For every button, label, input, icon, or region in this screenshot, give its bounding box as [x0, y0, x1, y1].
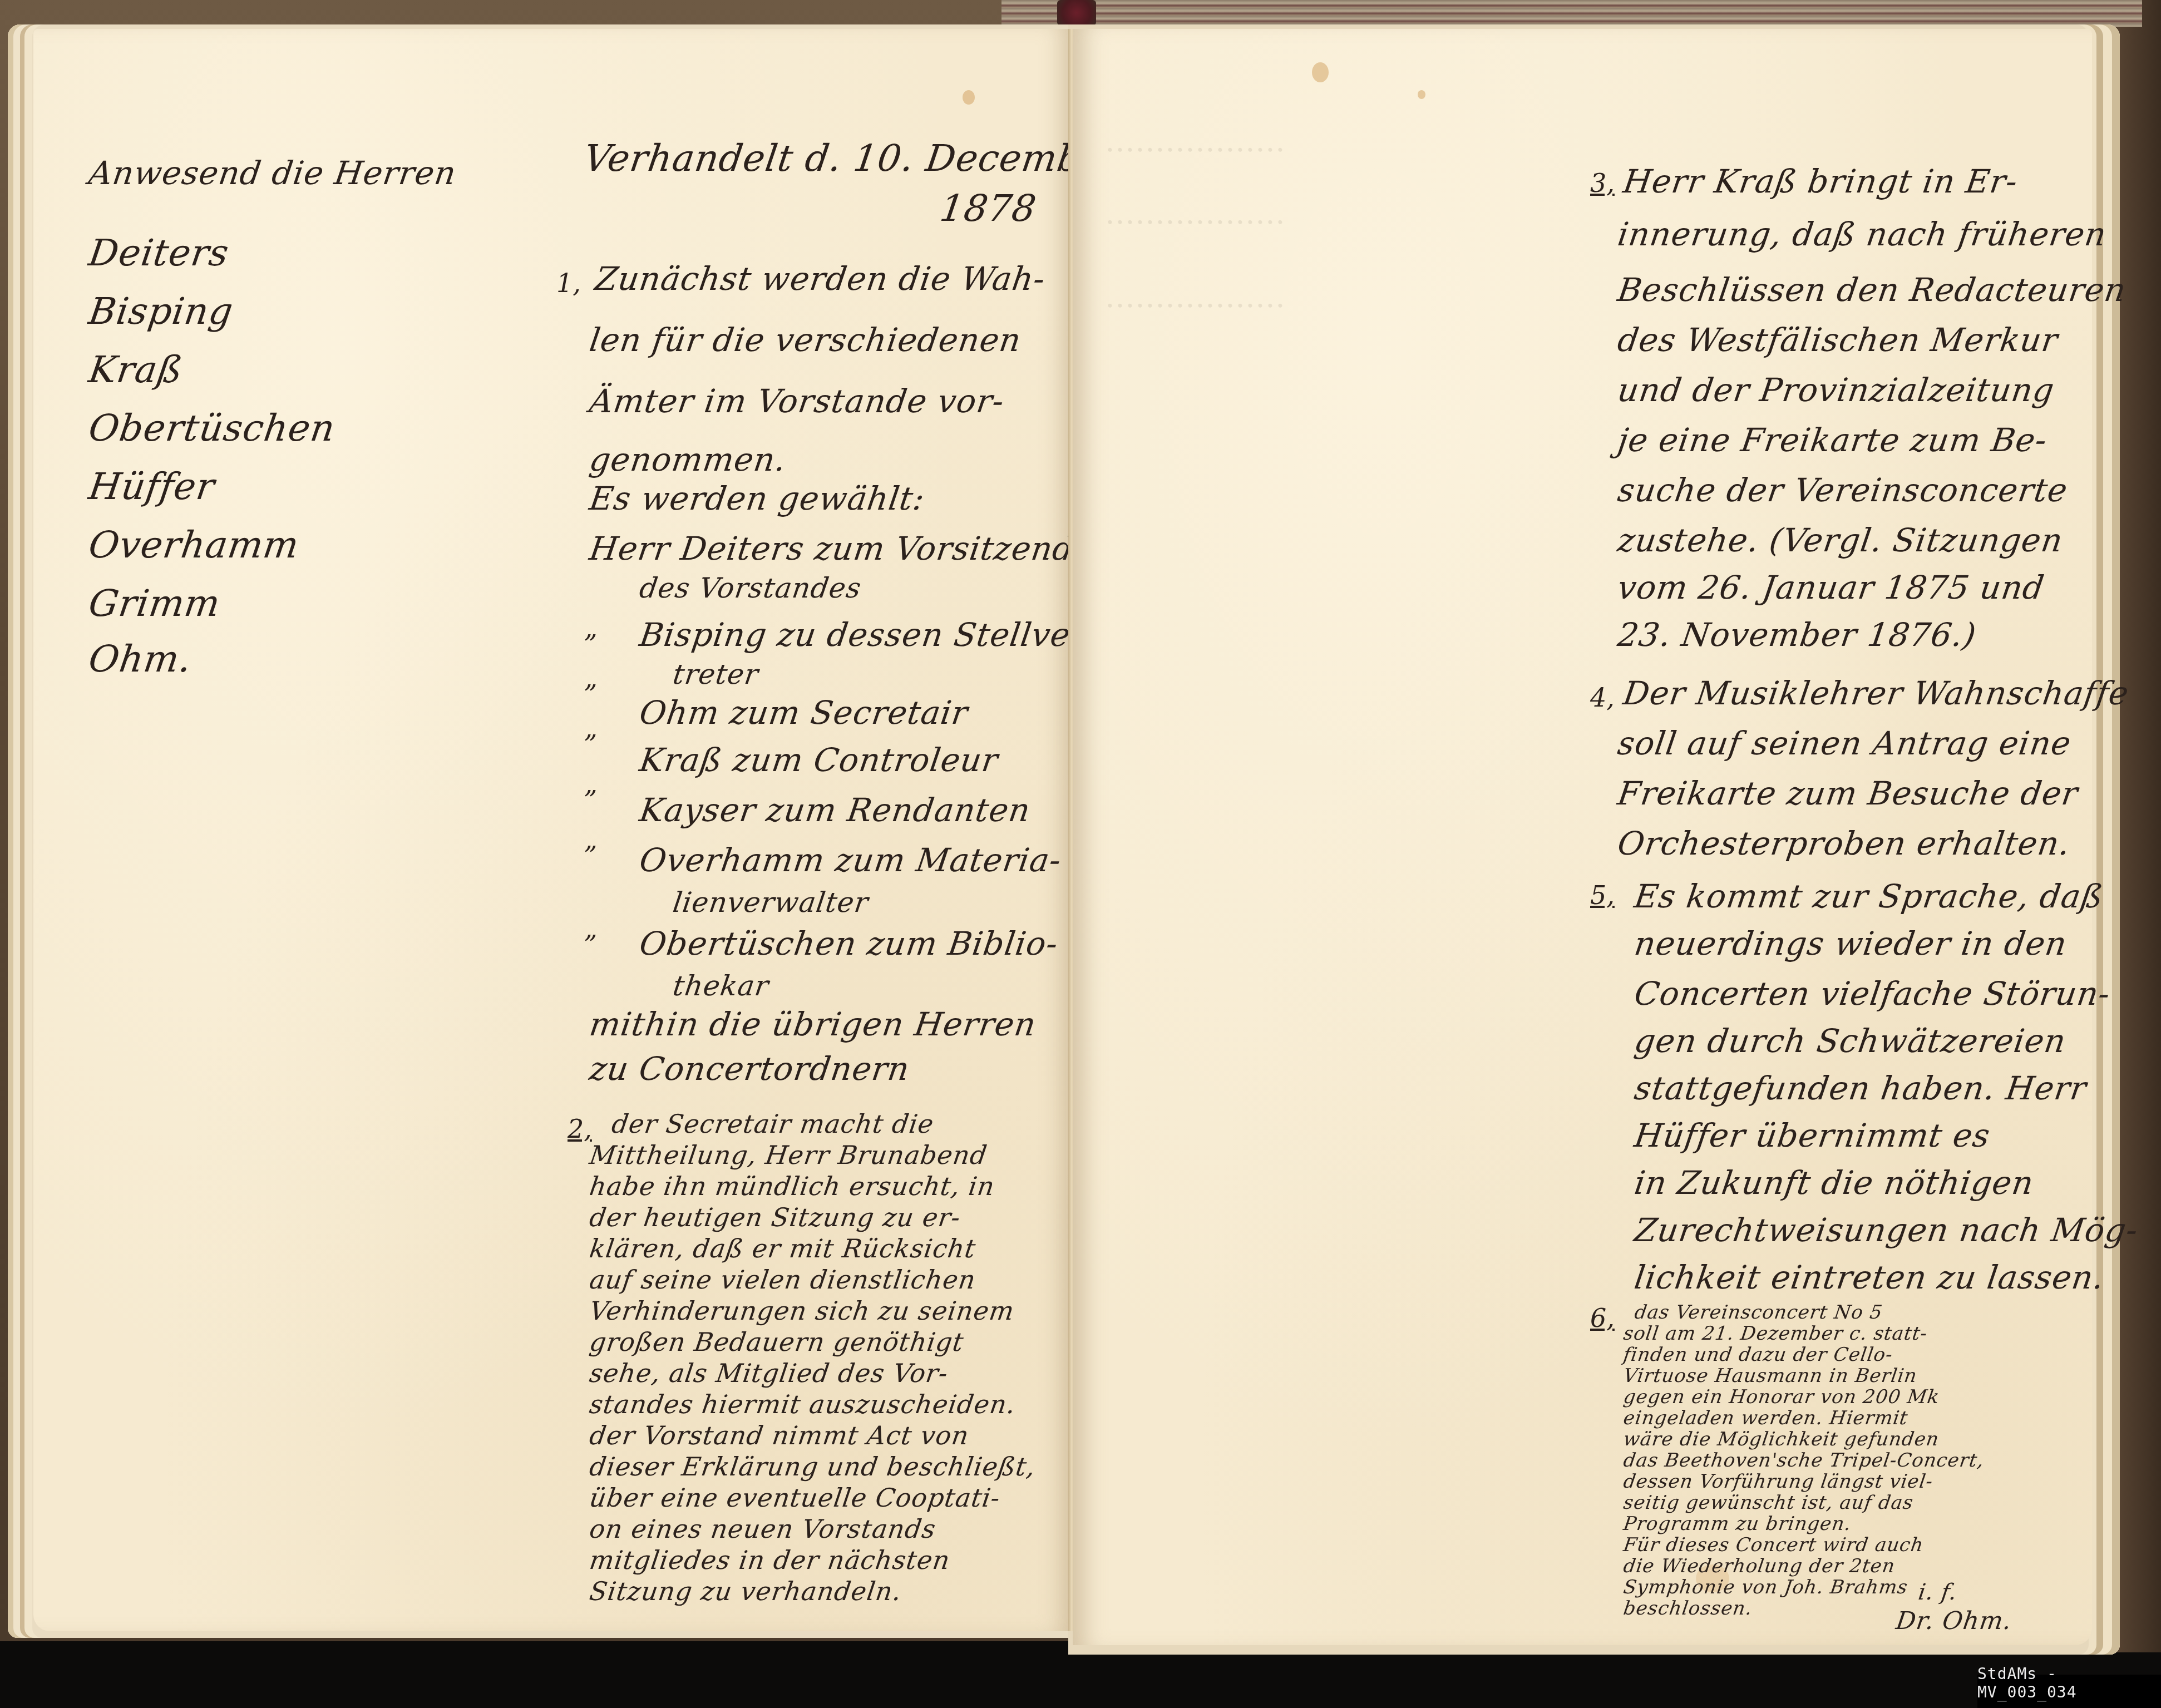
minutes-line: Hüffer übernimmt es — [1632, 1119, 1992, 1152]
minutes-line: habe ihn mündlich ersucht, in — [588, 1173, 996, 1199]
archive-caption: StdAMs - MV_003_034 — [1977, 1665, 2153, 1701]
minutes-line: Zurechtweisungen nach Mög- — [1632, 1214, 2140, 1246]
attendee-name: Bisping — [86, 293, 235, 330]
minutes-line: eingeladen werden. Hiermit — [1622, 1409, 1910, 1428]
minutes-line: Verhinderungen sich zu seinem — [588, 1298, 1016, 1324]
minutes-line: Programm zu bringen. — [1622, 1514, 1853, 1533]
attendee-name: Grimm — [86, 585, 223, 622]
minutes-line: standes hiermit auszuscheiden. — [588, 1391, 1018, 1417]
minutes-line: suche der Vereinsconcerte — [1616, 474, 2070, 506]
left-page: Anwesend die Herren Deiters Bisping Kraß… — [33, 29, 1074, 1631]
minutes-line: der Vorstand nimmt Act von — [588, 1423, 971, 1448]
minutes-line: des Vorstandes — [638, 574, 863, 602]
minutes-line: neuerdings wieder in den — [1632, 927, 2069, 960]
election-entry: Bisping zu dessen Stellver- — [638, 619, 1100, 651]
bleed-through-text: ……………… — [1104, 196, 1289, 231]
minutes-line: wäre die Möglichkeit gefunden — [1622, 1430, 1941, 1449]
minutes-line: das Beethoven'sche Tripel-Concert, — [1622, 1451, 1986, 1470]
minutes-line: len für die verschiedenen — [588, 324, 1023, 356]
item-number: 4, — [1590, 683, 1615, 713]
signature: Dr. Ohm. — [1894, 1609, 2014, 1633]
minutes-line: soll auf seinen Antrag eine — [1616, 727, 2073, 759]
minutes-line: zustehe. (Vergl. Sitzungen — [1616, 524, 2065, 556]
foxing-stain — [1312, 62, 1329, 82]
item-number: 2, — [568, 1114, 592, 1144]
minutes-line: Es werden gewählt: — [588, 482, 927, 515]
minutes-line: Der Musiklehrer Wahnschaffe — [1621, 677, 2131, 709]
spine-headband-knot — [1057, 0, 1096, 26]
minutes-line: gegen ein Honorar von 200 Mk — [1622, 1388, 1941, 1406]
minutes-line: der Secretair macht die — [610, 1111, 936, 1137]
minutes-line: des Westfälischen Merkur — [1616, 324, 2060, 356]
ditto-mark: „ — [584, 713, 598, 743]
minutes-line: dieser Erklärung und beschließt, — [588, 1454, 1038, 1479]
minutes-year: 1878 — [938, 190, 1038, 227]
signature-closing: i. f. — [1917, 1581, 1958, 1603]
minutes-line: Es kommt zur Sprache, daß — [1632, 880, 2105, 912]
item-number: 3, — [1590, 168, 1615, 198]
election-entry-cont: thekar — [671, 972, 771, 1000]
minutes-line: vom 26. Januar 1875 und — [1616, 571, 2046, 604]
minutes-line: Symphonie von Joh. Brahms — [1622, 1578, 1909, 1597]
minutes-line: das Vereinsconcert No 5 — [1634, 1303, 1884, 1322]
attendee-name: Hüffer — [86, 468, 217, 505]
election-entry-cont: lienverwalter — [671, 888, 870, 916]
minutes-line: Ämter im Vorstande vor- — [588, 385, 1007, 417]
election-entry-cont: treter — [671, 660, 760, 688]
minutes-line: mitgliedes in der nächsten — [588, 1547, 952, 1573]
minutes-line: Für dieses Concert wird auch — [1622, 1536, 1925, 1554]
foxing-stain — [963, 90, 975, 105]
minutes-line: stattgefunden haben. Herr — [1632, 1072, 2089, 1104]
minutes-line: innerung, daß nach früheren — [1616, 218, 2109, 250]
attendee-name: Ohm. — [86, 641, 194, 678]
minutes-line: in Zukunft die nöthigen — [1632, 1167, 2036, 1199]
ditto-mark: „ — [584, 663, 598, 693]
attendee-name: Deiters — [86, 235, 231, 271]
archive-caption-box: StdAMs - MV_003_034 — [1977, 1675, 2161, 1708]
minutes-line: lichkeit eintreten zu lassen. — [1632, 1261, 2106, 1294]
minutes-line: und der Provinzialzeitung — [1616, 374, 2056, 406]
minutes-line: mithin die übrigen Herren — [588, 1008, 1038, 1040]
ditto-mark: „ — [584, 825, 598, 855]
attendee-name: Overhamm — [86, 527, 301, 564]
minutes-line: Beschlüssen den Redacteuren — [1616, 274, 2128, 306]
item-number: 6, — [1590, 1303, 1615, 1333]
minutes-line: genommen. — [588, 443, 788, 476]
minutes-line: Herr Deiters zum Vorsitzenden — [588, 532, 1117, 565]
minutes-line: über eine eventuelle Cooptati- — [588, 1485, 1002, 1510]
minutes-line: dessen Vorführung längst viel- — [1622, 1472, 1935, 1491]
election-entry: Kraß zum Controleur — [638, 744, 1000, 776]
item-number: 1, — [556, 268, 581, 298]
minutes-line: gen durch Schwätzereien — [1632, 1025, 2068, 1057]
minutes-line: Virtuose Hausmann in Berlin — [1622, 1366, 1918, 1385]
minutes-line: auf seine vielen dienstlichen — [588, 1267, 978, 1292]
minutes-line: on eines neuen Vorstands — [588, 1516, 938, 1542]
minutes-line: großen Bedauern genöthigt — [588, 1329, 966, 1355]
attendee-name: Obertüschen — [86, 410, 337, 447]
minutes-line: Freikarte zum Besuche der — [1616, 777, 2080, 809]
ditto-mark: „ — [584, 914, 598, 944]
foxing-stain — [1418, 90, 1425, 99]
ditto-mark: „ — [584, 769, 598, 799]
minutes-line: seitig gewünscht ist, auf das — [1622, 1493, 1915, 1512]
minutes-line: Zunächst werden die Wah- — [593, 263, 1048, 295]
minutes-date-heading: Verhandelt d. 10. December — [581, 140, 1124, 177]
minutes-line: finden und dazu der Cello- — [1622, 1345, 1894, 1364]
minutes-line: zu Concertordnern — [588, 1053, 912, 1085]
ditto-mark: „ — [584, 613, 598, 643]
minutes-line: Sitzung zu verhandeln. — [588, 1578, 904, 1604]
minutes-line: sehe, als Mitglied des Vor- — [588, 1360, 950, 1386]
minutes-line: soll am 21. Dezember c. statt- — [1622, 1324, 1929, 1343]
item-number: 5, — [1590, 880, 1615, 910]
election-entry: Overhamm zum Materia- — [638, 844, 1063, 876]
election-entry: Obertüschen zum Biblio- — [638, 927, 1060, 960]
minutes-line: Orchesterproben erhalten. — [1616, 827, 2073, 860]
attendance-heading: Anwesend die Herren — [87, 157, 458, 189]
election-entry: Kayser zum Rendanten — [638, 794, 1033, 826]
book-spine-headband — [1001, 0, 2142, 27]
minutes-line: beschlossen. — [1622, 1599, 1754, 1618]
election-entry: Ohm zum Secretair — [638, 697, 970, 729]
minutes-line: Herr Kraß bringt in Er- — [1621, 165, 2020, 198]
minutes-line: Concerten vielfache Störun- — [1632, 978, 2113, 1010]
bleed-through-text: ……………… — [1104, 124, 1289, 159]
right-page: ……………… ……………… ……………… 3, Herr Kraß bringt… — [1073, 29, 2092, 1645]
minutes-line: klären, daß er mit Rücksicht — [588, 1236, 978, 1261]
attendee-name: Kraß — [86, 352, 185, 388]
minutes-line: die Wiederholung der 2ten — [1622, 1557, 1897, 1576]
minutes-line: der heutigen Sitzung zu er- — [588, 1205, 963, 1230]
minutes-line: 23. November 1876.) — [1616, 619, 1979, 651]
minutes-line: je eine Freikarte zum Be- — [1616, 424, 2049, 456]
minutes-line: Mittheilung, Herr Brunabend — [588, 1142, 989, 1168]
bleed-through-text: ……………… — [1104, 279, 1289, 314]
